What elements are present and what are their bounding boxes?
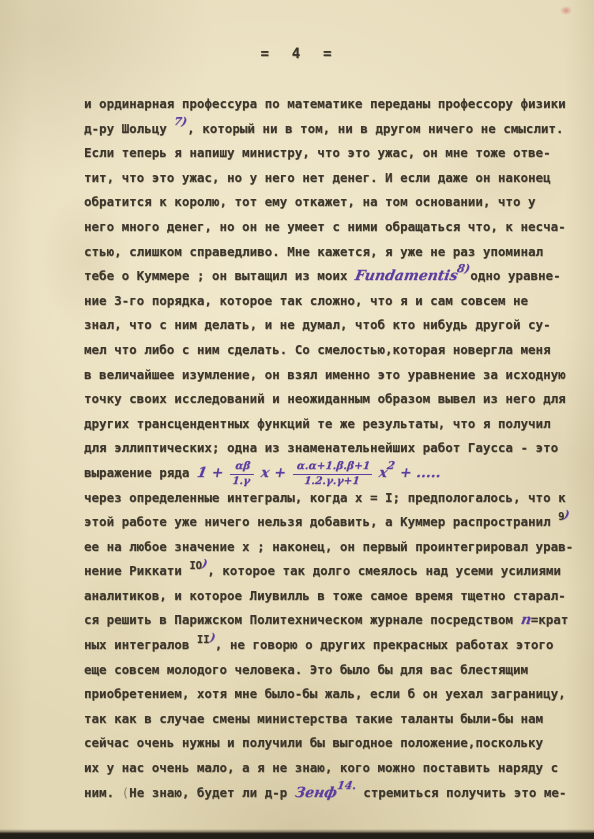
typed-text: сейчас очень нужны и получили бы выгодно…: [84, 735, 543, 750]
text-line: выражение ряда 1 + αβ1.γ x + α.α+1.β.β+1…: [84, 461, 584, 486]
text-line: так как в случае смены министерства таки…: [84, 707, 584, 732]
text-line: сейчас очень нужны и получили бы выгодно…: [84, 731, 584, 756]
typed-text-block: и ординарная профессура по математике пе…: [84, 92, 584, 805]
typed-text: стью, слишком справедливо. Мне кажется, …: [84, 244, 543, 259]
text-line: их у нас очень мало, а я не знаю, кого м…: [84, 756, 584, 781]
typed-text: ее на любое значение x ; наконец, он пер…: [84, 539, 573, 554]
text-line: Если теперь я напишу министру, что это у…: [84, 141, 584, 166]
typed-text: одно уравне-: [470, 268, 560, 283]
text-line: мел что либо с ним сделать. Со смелостью…: [84, 338, 584, 363]
text-line: в величайшее изумление, он взял именно э…: [84, 363, 584, 388]
typed-text: ся решить в Парижском Политехническом жу…: [84, 612, 521, 627]
red-corner-smudge: [560, 6, 572, 15]
typed-text: , не говорю о других прекрасных работах …: [215, 637, 554, 652]
text-line: приобретением, хотя мне было-бы жаль, ес…: [84, 682, 584, 707]
typed-text: знал, что с ним делать, и не думал, чтоб…: [84, 317, 551, 332]
text-line: ние 3-го порядка, которое так сложно, чт…: [84, 289, 584, 314]
handwritten-annotation: Зенф: [293, 781, 339, 806]
handwritten-annotation: 14.: [334, 774, 357, 799]
fraction-denominator: 1.2.γ.γ+1: [291, 475, 372, 488]
text-line: него много денег, но он не умеет с ними …: [84, 215, 584, 240]
typed-text: так как в случае смены министерства таки…: [84, 711, 543, 726]
text-line: точку своих исследований и неожиданным о…: [84, 387, 584, 412]
typed-text: нение Риккати: [84, 563, 189, 578]
typed-text: тит, что это ужас, но у него нет денег. …: [84, 170, 551, 185]
typed-text: стремиться получить это ме-: [356, 785, 567, 800]
typed-text: и ординарная профессура по математике пе…: [84, 96, 566, 111]
text-line: других трансцендентных функций те же рез…: [84, 412, 584, 437]
typed-text: него много денег, но он не умеет с ними …: [84, 219, 566, 234]
text-line: для эллиптических; одна из знаменательне…: [84, 436, 584, 461]
text-line: аналитиков, и которое Лиувилль в тоже са…: [84, 584, 584, 609]
text-line: обратится к королю, тот ему откажет, на …: [84, 190, 584, 215]
text-line: этой работе уже ничего нельзя добавить, …: [84, 510, 584, 535]
typed-text: этой работе уже ничего нельзя добавить, …: [84, 514, 558, 529]
typed-text: выражение ряда: [84, 465, 197, 480]
typed-text: ние 3-го порядка, которое так сложно, чт…: [84, 293, 528, 308]
typed-text: =крат: [531, 612, 569, 627]
scanned-typewritten-page: = 4 = и ординарная профессура по математ…: [0, 0, 594, 839]
handwritten-fraction: αβ1.γ: [229, 461, 256, 487]
text-line: нение Риккати IO), которое так долго сме…: [84, 559, 584, 584]
handwritten-annotation: + .....: [393, 461, 443, 486]
typed-text: в величайшее изумление, он взял именно э…: [84, 367, 566, 382]
typed-text: д-ру Шольцу: [84, 121, 174, 136]
typed-text: , который ни в том, ни в другом ничего н…: [187, 121, 563, 136]
typed-text: еще совсем молодого человека. Это было б…: [84, 662, 528, 677]
text-line: ним. (Не знаю, будет ли д-р Зенф14. стре…: [84, 781, 584, 806]
typed-superscript: II: [197, 634, 210, 646]
handwritten-annotation: 1 +: [195, 461, 231, 486]
text-line: ее на любое значение x ; наконец, он пер…: [84, 535, 584, 560]
typed-text: мел что либо с ним сделать. Со смелостью…: [84, 342, 551, 357]
text-line: ся решить в Парижском Политехническом жу…: [84, 608, 584, 633]
typed-text: ним.: [84, 785, 122, 800]
typed-text: ных интегралов: [84, 637, 197, 652]
fraction-denominator: 1.γ: [229, 475, 254, 488]
typed-text: тебе о Куммере ; он вытащил из моих: [84, 268, 355, 283]
text-line: ных интегралов II), не говорю о других п…: [84, 633, 584, 658]
handwritten-fraction: α.α+1.β.β+11.2.γ.γ+1: [291, 461, 373, 487]
text-line: еще совсем молодого человека. Это было б…: [84, 658, 584, 683]
typed-text: , которое так долго смеялось над усеми у…: [207, 563, 561, 578]
typed-text: через определенные интегралы, когда x = …: [84, 490, 566, 505]
fraction-numerator: αβ: [230, 461, 255, 475]
typed-text: обратится к королю, тот ему откажет, на …: [84, 194, 536, 209]
typed-text: Если теперь я напишу министру, что это у…: [84, 145, 551, 160]
text-line: стью, слишком справедливо. Мне кажется, …: [84, 240, 584, 265]
text-line: тит, что это ужас, но у него нет денег. …: [84, 166, 584, 191]
text-line: тебе о Куммере ; он вытащил из моих Fund…: [84, 264, 584, 289]
typed-text: других трансцендентных функций те же рез…: [84, 416, 551, 431]
text-line: д-ру Шольцу 7), который ни в том, ни в д…: [84, 117, 584, 142]
text-line: знал, что с ним делать, и не думал, чтоб…: [84, 313, 584, 338]
page-number: = 4 =: [0, 46, 594, 62]
scan-bottom-edge: [0, 829, 594, 839]
handwritten-annotation: x +: [254, 461, 293, 486]
text-line: и ординарная профессура по математике пе…: [84, 92, 584, 117]
handwritten-annotation: Fundamentis: [353, 264, 460, 289]
typed-text: приобретением, хотя мне было-бы жаль, ес…: [84, 686, 566, 701]
typed-text: точку своих исследований и неожиданным о…: [84, 391, 566, 406]
typed-text: Не знаю, будет ли д-р: [129, 785, 295, 800]
fraction-numerator: α.α+1.β.β+1: [293, 461, 374, 475]
typed-text: их у нас очень мало, а я не знаю, кого м…: [84, 760, 558, 775]
typed-text: аналитиков, и которое Лиувилль в тоже са…: [84, 588, 566, 603]
typed-text: для эллиптических; одна из знаменательне…: [84, 440, 558, 455]
text-line: через определенные интегралы, когда x = …: [84, 486, 584, 511]
